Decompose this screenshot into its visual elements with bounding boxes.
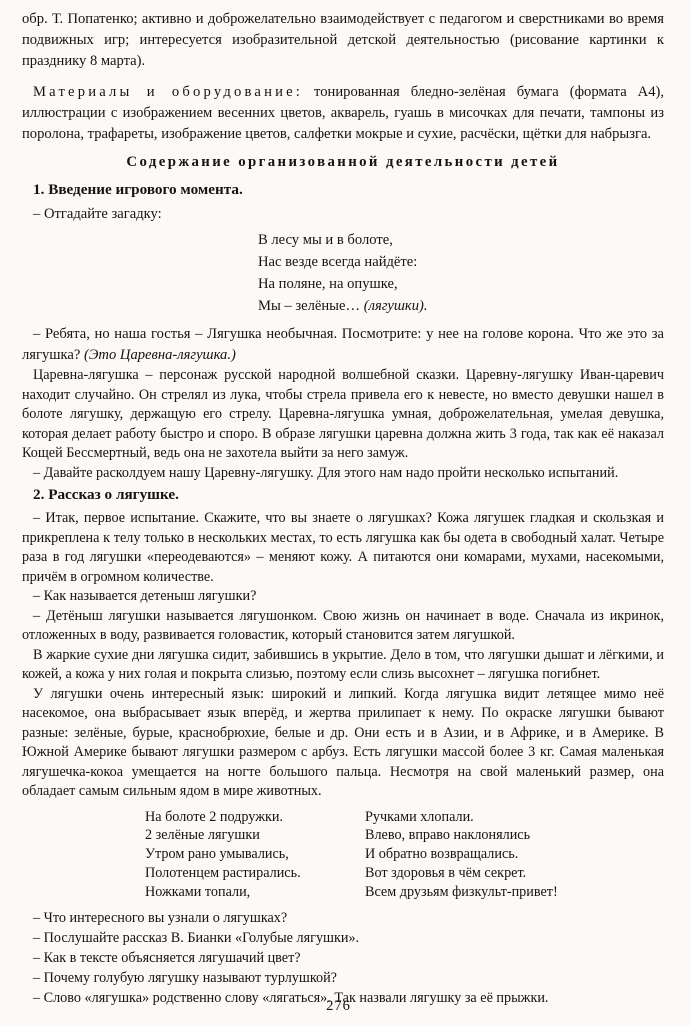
closing-questions: – Что интересного вы узнали о лягушках? … (22, 909, 664, 1009)
question-line: – Как в тексте объясняется лягушачий цве… (22, 949, 664, 969)
exercise-column-left: На болоте 2 подружки. 2 зелёные лягушки … (145, 808, 365, 902)
riddle-line: Мы – зелёные… (258, 298, 364, 314)
question-line: – Что интересного вы узнали о лягушках? (22, 909, 664, 929)
riddle-line: В лесу мы и в болоте, (258, 229, 664, 251)
exercise-column-right: Ручками хлопали. Влево, вправо наклоняли… (365, 808, 558, 902)
exercise-line: И обратно возвращались. (365, 845, 558, 864)
question-line: – Послушайте рассказ В. Бианки «Голубые … (22, 929, 664, 949)
paragraph-tongue: У лягушки очень интересный язык: широкий… (22, 685, 664, 802)
riddle-line: Нас везде всегда найдёте: (258, 251, 664, 273)
exercise-line: Утром рано умывались, (145, 845, 365, 864)
main-heading: Содержание организованной деятельности д… (22, 154, 664, 171)
exercise-line: Влево, вправо наклонялись (365, 826, 558, 845)
paragraph-guest-answer: (Это Царевна-лягушка.) (84, 347, 236, 363)
paragraph-tale: Царевна-лягушка – персонаж русской народ… (22, 366, 664, 464)
exercise-line: 2 зелёные лягушки (145, 826, 365, 845)
exercise-line: Ручками хлопали. (365, 808, 558, 827)
riddle-answer: (лягушки). (364, 298, 428, 314)
paragraph-first-trial: – Итак, первое испытание. Скажите, что в… (22, 509, 664, 587)
physical-exercise-poem: На болоте 2 подружки. 2 зелёные лягушки … (145, 808, 664, 902)
exercise-line: Всем друзьям физкульт-привет! (365, 883, 558, 902)
paragraph-baby: – Детёныш лягушки называется лягушонком.… (22, 607, 664, 646)
materials-label: Материалы и оборудование: (33, 84, 303, 100)
section2-heading: 2. Рассказ о лягушке. (22, 486, 664, 504)
riddle-poem: В лесу мы и в болоте, Нас везде всегда н… (258, 229, 664, 317)
paragraph-materials: Материалы и оборудование: тонированная б… (22, 82, 664, 145)
scanned-book-page: обр. Т. Попатенко; активно и доброжелате… (0, 0, 691, 1026)
exercise-line: На болоте 2 подружки. (145, 808, 365, 827)
paragraph-continuation: обр. Т. Попатенко; активно и доброжелате… (22, 9, 664, 72)
exercise-line: Полотенцем растирались. (145, 864, 365, 883)
paragraph-guest: – Ребята, но наша гостья – Лягушка необы… (22, 324, 664, 366)
exercise-line: Вот здоровья в чём секрет. (365, 864, 558, 883)
exercise-line: Ножками топали, (145, 883, 365, 902)
question-baby: – Как называется детеныш лягушки? (22, 587, 664, 607)
riddle-prompt: – Отгадайте загадку: (22, 204, 664, 225)
section1-heading: 1. Введение игрового момента. (22, 181, 664, 199)
page-number: 276 (0, 998, 677, 1015)
riddle-line-with-answer: Мы – зелёные… (лягушки). (258, 295, 664, 317)
question-line: – Почему голубую лягушку называют турлуш… (22, 969, 664, 989)
paragraph-spell: – Давайте расколдуем нашу Царевну-лягушк… (22, 464, 664, 484)
paragraph-dry-days: В жаркие сухие дни лягушка сидит, забивш… (22, 646, 664, 685)
riddle-line: На поляне, на опушке, (258, 273, 664, 295)
